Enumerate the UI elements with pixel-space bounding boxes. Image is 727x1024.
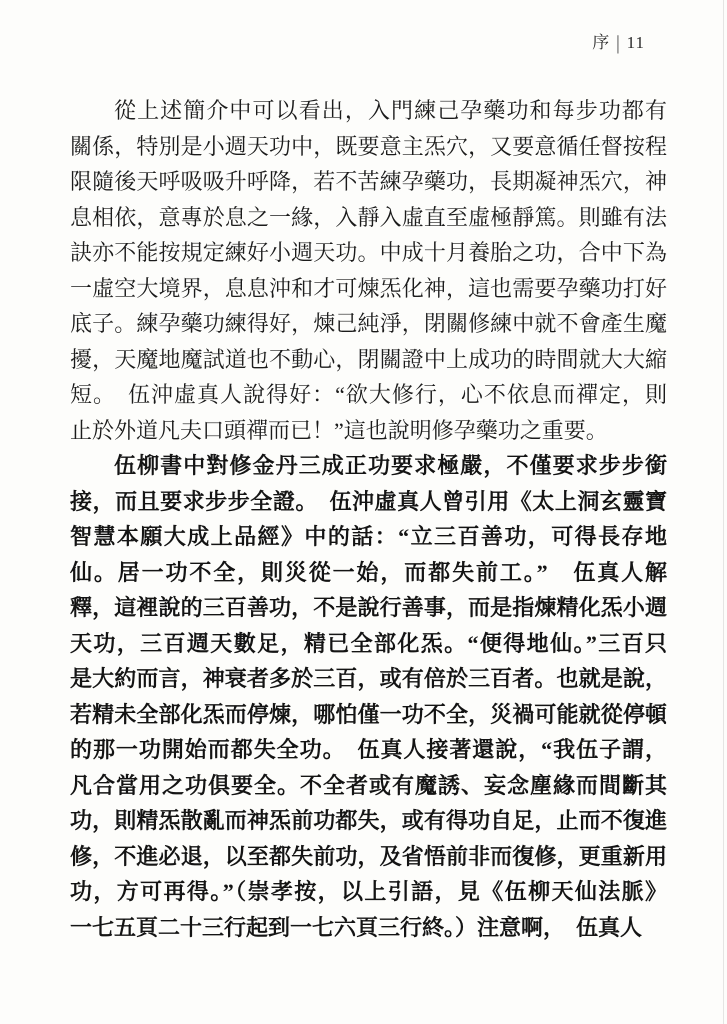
page-number: 11	[627, 33, 645, 52]
text-line: 息相依，意專於息之一緣，入靜入虛直至虛極靜篤。則雖有法	[70, 200, 667, 236]
page-header: 序|11	[592, 28, 645, 53]
text-line: 智慧本願大成上品經》中的話：“立三百善功，可得長存地	[70, 519, 667, 555]
text-line: 若精未全部化炁而停煉，哪怕僅一功不全，災禍可能就從停頓	[70, 697, 667, 733]
text-line: 擾，天魔地魔試道也不動心，閉關證中上成功的時間就大大縮	[70, 342, 667, 378]
text-line: 訣亦不能按規定練好小週天功。中成十月養胎之功，合中下為	[70, 235, 667, 271]
text-line: 限隨後天呼吸吸升呼降，若不苦練孕藥功，長期凝神炁穴，神	[70, 164, 667, 200]
text-line: 一虛空大境界，息息沖和才可煉炁化神，這也需要孕藥功打好	[70, 271, 667, 307]
text-line: 修，不進必退，以至都失前功，及省悟前非而復修，更重新用	[70, 839, 667, 875]
text-line: 功，方可再得。”（崇孝按，以上引語，見《伍柳天仙法脈》	[70, 874, 667, 910]
header-separator: |	[616, 32, 620, 55]
text-line: 關係，特別是小週天功中，既要意主炁穴，又要意循任督按程	[70, 129, 667, 165]
book-page: 序|11 從上述簡介中可以看出，入門練己孕藥功和每步功都有關係，特別是小週天功中…	[0, 0, 727, 1024]
text-line: 天功，三百週天數足，精已全部化炁。“便得地仙。”三百只	[70, 626, 667, 662]
text-line: 的那一功開始而都失全功。 伍真人接著還說，“我伍子謂，	[70, 732, 667, 768]
text-line: 一七五頁二十三行起到一七六頁三行終。）注意啊， 伍真人	[70, 910, 667, 946]
text-line: 底子。練孕藥功練得好，煉己純淨，閉關修練中就不會產生魔	[70, 306, 667, 342]
paragraph: 伍柳書中對修金丹三成正功要求極嚴，不僅要求步步銜接，而且要求步步全證。 伍沖虛真…	[70, 448, 667, 945]
text-line: 伍柳書中對修金丹三成正功要求極嚴，不僅要求步步銜	[70, 448, 667, 484]
paragraph: 從上述簡介中可以看出，入門練己孕藥功和每步功都有關係，特別是小週天功中，既要意主…	[70, 93, 667, 448]
text-line: 仙。居一功不全，則災從一始，而都失前工。” 伍真人解	[70, 555, 667, 591]
page-edge-shadow	[723, 0, 724, 1024]
text-line: 從上述簡介中可以看出，入門練己孕藥功和每步功都有	[70, 93, 667, 129]
text-line: 凡合當用之功俱要全。不全者或有魔誘、妄念塵緣而間斷其	[70, 768, 667, 804]
text-line: 短。 伍沖虛真人說得好：“欲大修行，心不依息而禪定，則	[70, 377, 667, 413]
section-label: 序	[592, 33, 610, 52]
page-body: 從上述簡介中可以看出，入門練己孕藥功和每步功都有關係，特別是小週天功中，既要意主…	[70, 93, 667, 945]
text-line: 釋，這裡說的三百善功，不是說行善事，而是指煉精化炁小週	[70, 590, 667, 626]
text-line: 是大約而言，神衰者多於三百，或有倍於三百者。也就是說，	[70, 661, 667, 697]
text-line: 止於外道凡夫口頭禪而已！”這也說明修孕藥功之重要。	[70, 413, 667, 449]
text-line: 功，則精炁散亂而神炁前功都失，或有得功自足，止而不復進	[70, 803, 667, 839]
text-line: 接，而且要求步步全證。 伍沖虛真人曾引用《太上洞玄靈寶	[70, 484, 667, 520]
